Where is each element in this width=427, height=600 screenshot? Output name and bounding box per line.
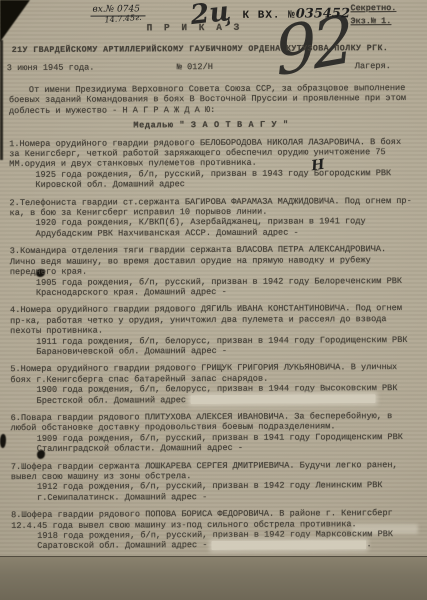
entry-details: 1912 года рождения, б/п, русский, призва…: [37, 480, 415, 503]
order-heading: П Р И К А З: [147, 22, 243, 34]
entry-details: 1920 года рождения, К/ВКП(б), Азербайджа…: [36, 216, 414, 239]
entry-citation: 8.Шофера гвардии рядового ПОПОВА БОРИСА …: [11, 508, 415, 531]
entry-details: 1905 года рождения, б/п, русский, призва…: [36, 275, 414, 298]
entry-citation: 6.Повара гвардии рядового ПЛИТУХОВА АЛЕК…: [11, 411, 415, 434]
order-date: 3 июня 1945 года.: [7, 63, 95, 73]
entry-citation: 5.Номера орудийного гвардии рядового ГРИ…: [10, 362, 414, 385]
order-place: Лагеря.: [355, 61, 391, 71]
entry-citation: 7.Шофера гвардии сержанта ЛОШКАРЕВА СЕРГ…: [11, 460, 415, 483]
redacted-address: [190, 394, 375, 404]
entry-citation: 1.Номера орудийного гвардии рядового БЕЛ…: [9, 137, 413, 170]
classification-block: Секретно. Экз.№ 1.: [350, 3, 396, 26]
entry-details: 1909 года рождения, б/п, русский, призва…: [37, 432, 415, 455]
entry-details: 1918 года рождения, б/п, русский, призва…: [37, 529, 415, 552]
award-entry: 2.Телефониста гвардии ст.сержанта БАГИРО…: [9, 196, 413, 240]
entry-details: 1925 года рождения, б/п, русский, призва…: [35, 168, 413, 191]
incoming-stamp: вх.№ 0745 14.7.45г.: [90, 4, 146, 23]
preamble: От имени Президиума Верховного Совета Со…: [9, 83, 413, 116]
award-entry: 4.Номера орудийного гвардии рядового ДЯГ…: [10, 303, 414, 357]
entry-citation: 4.Номера орудийного гвардии рядового ДЯГ…: [10, 303, 414, 336]
entry-citation: 3.Командира отделения тяги гвардии сержа…: [10, 244, 414, 277]
award-entry: 5.Номера орудийного гвардии рядового ГРИ…: [10, 362, 414, 406]
entry-details: 1911 года рождения, б/п, белорусс, призв…: [36, 334, 414, 357]
order-body: От имени Президиума Верховного Совета Со…: [9, 83, 415, 559]
entry-details: 1900 года рождения, б/п, белорусс, призв…: [36, 383, 414, 406]
award-entry: 6.Повара гвардии рядового ПЛИТУХОВА АЛЕК…: [11, 411, 415, 455]
award-entry: 7.Шофера гвардии сержанта ЛОШКАРЕВА СЕРГ…: [11, 460, 415, 504]
classification-secret: Секретно.: [350, 3, 396, 13]
award-medal-line: Медалью " З А О Т В А Г У ": [9, 119, 413, 132]
entry-citation: 2.Телефониста гвардии ст.сержанта БАГИРО…: [9, 196, 413, 219]
order-number: № 012/Н: [177, 62, 213, 72]
classification-copy: Экз.№ 1.: [351, 16, 397, 26]
document-page: вх.№ 0745 14.7.45г. 2ц П Р И К А З К ВХ.…: [0, 0, 427, 600]
award-entry: 8.Шофера гвардии рядового ПОПОВА БОРИСА …: [11, 508, 415, 552]
redacted-address: [211, 540, 366, 550]
award-entry: 1.Номера орудийного гвардии рядового БЕЛ…: [9, 137, 413, 191]
award-entry: 3.Командира отделения тяги гвардии сержа…: [10, 244, 414, 298]
